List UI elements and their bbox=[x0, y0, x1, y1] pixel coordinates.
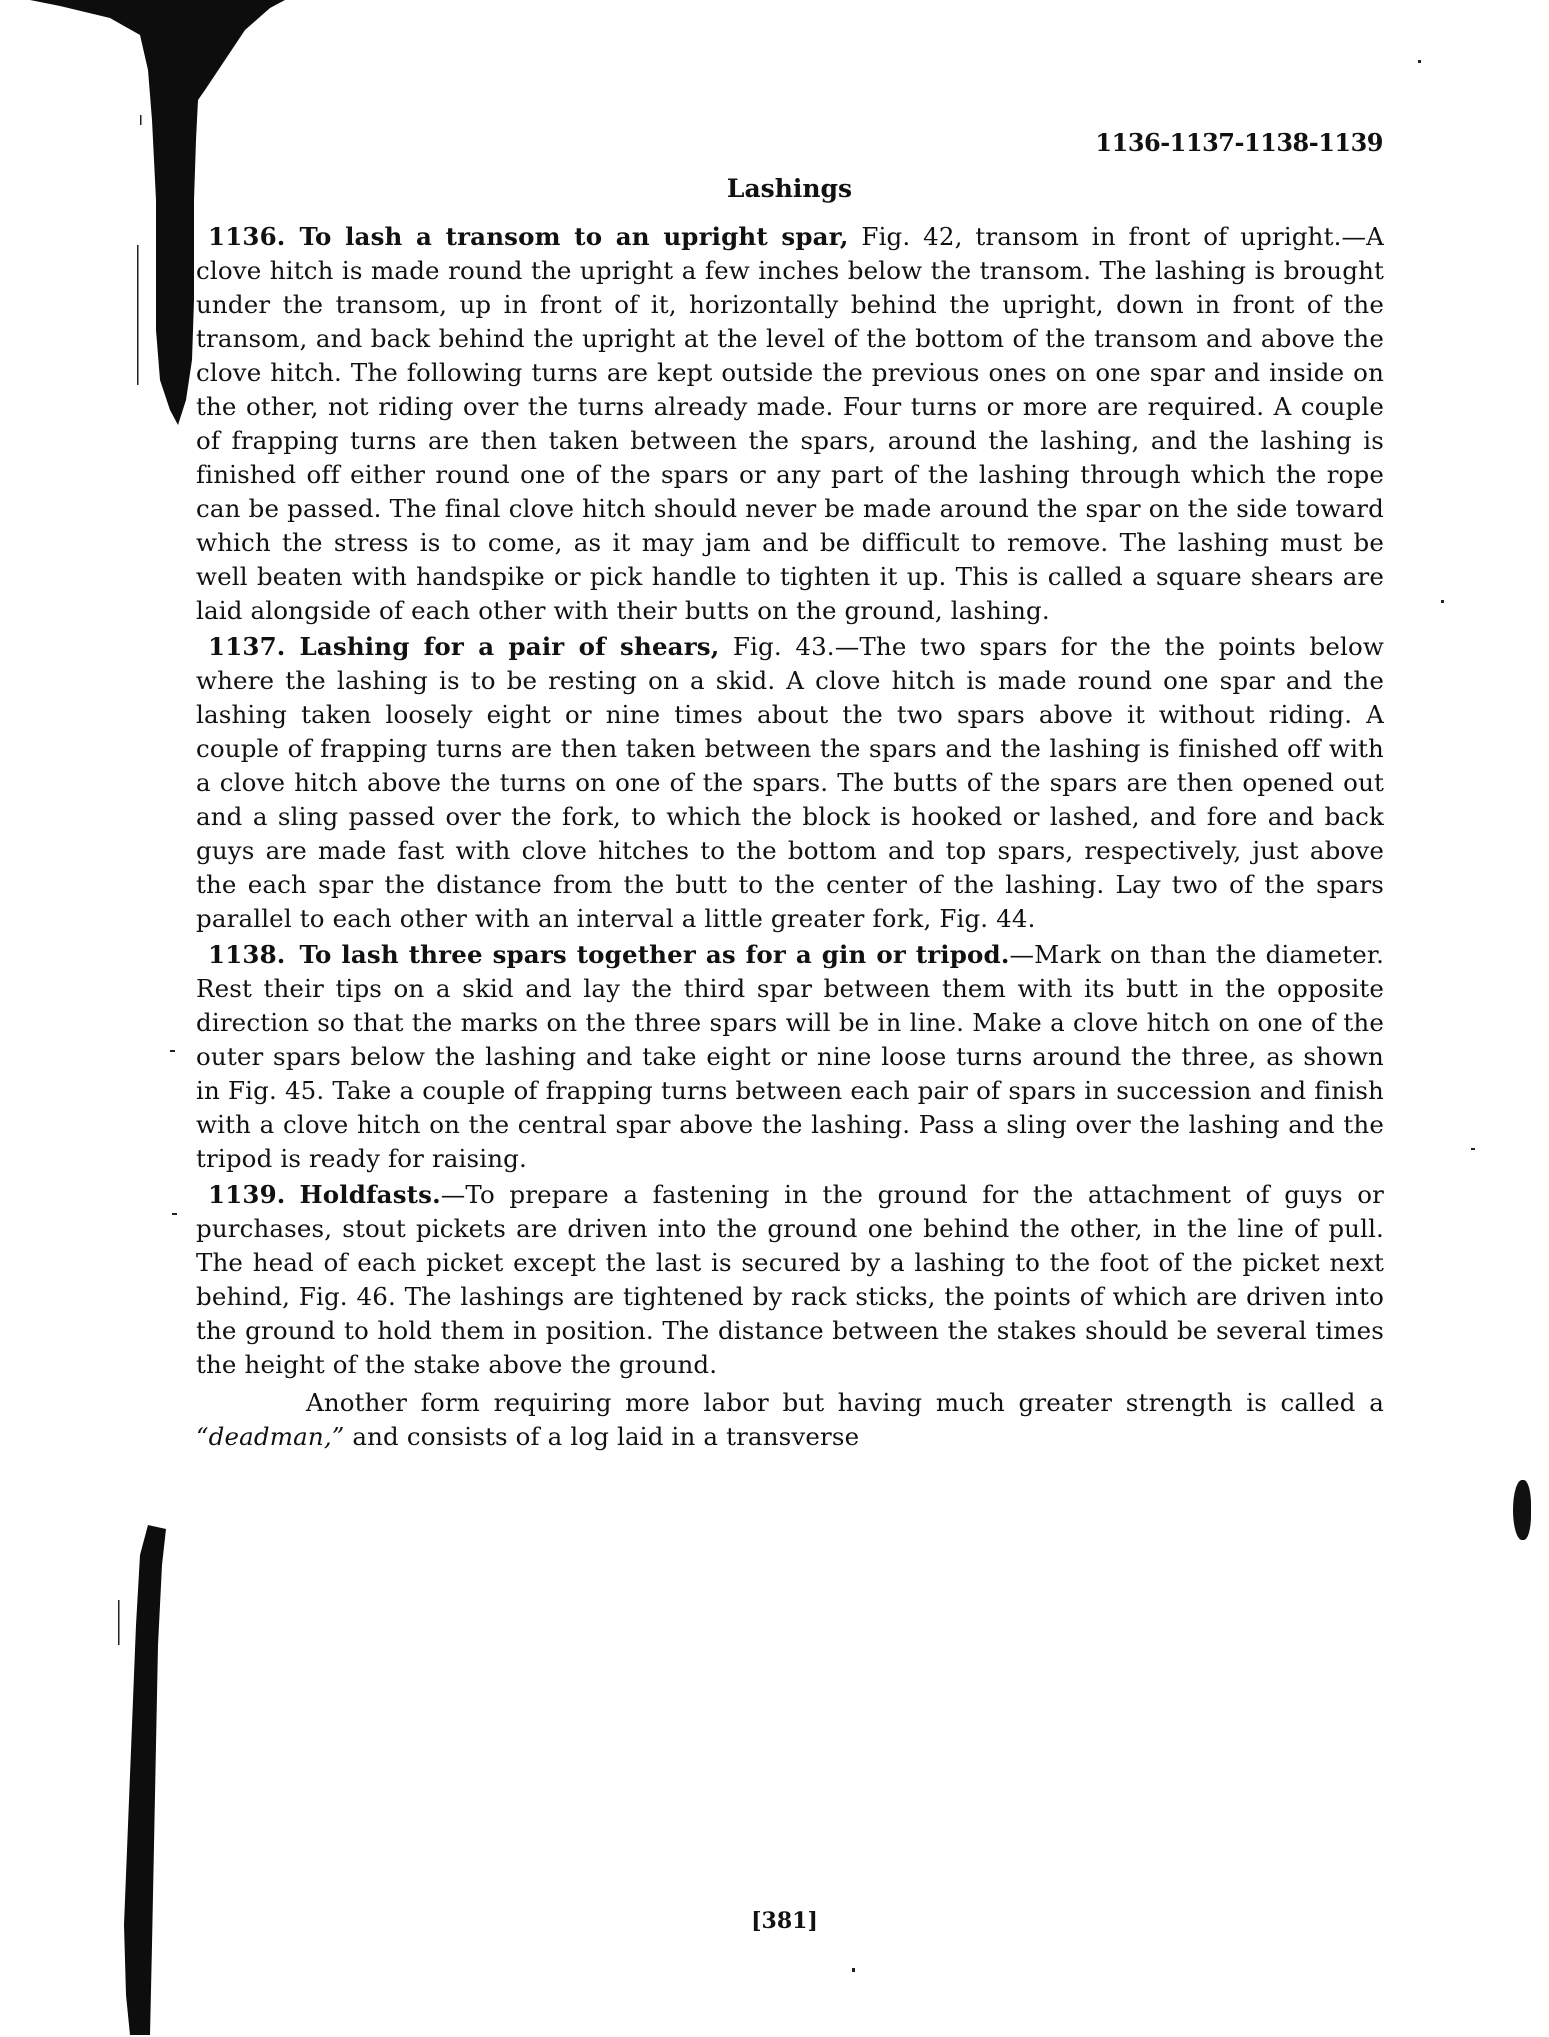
paragraph-text: Fig. 43.—The two spars for the the point… bbox=[196, 632, 1384, 933]
scan-speck bbox=[1471, 1148, 1475, 1150]
paragraph-number: 1137. bbox=[208, 632, 285, 661]
paragraph-heading: Holdfasts. bbox=[299, 1180, 440, 1209]
scan-speck bbox=[852, 1968, 855, 1972]
scan-speck bbox=[170, 1050, 175, 1052]
scan-spot bbox=[1513, 1480, 1531, 1540]
body-text: 1136.To lash a transom to an upright spa… bbox=[196, 218, 1384, 1454]
scan-speck bbox=[1418, 60, 1421, 63]
paragraph-1137: 1137.Lashing for a pair of shears, Fig. … bbox=[196, 630, 1384, 936]
section-title: Lashings bbox=[0, 174, 1549, 203]
paragraph-text: Another form requiring more labor but ha… bbox=[306, 1388, 1384, 1417]
paragraph-1138: 1138.To lash three spars together as for… bbox=[196, 938, 1384, 1176]
paragraph-heading: To lash three spars together as for a gi… bbox=[299, 940, 1009, 969]
scan-speck bbox=[1441, 600, 1444, 603]
running-head: 1136-1137-1138-1139 bbox=[1095, 128, 1383, 157]
paragraph-text: —Mark on than the diameter. Rest their t… bbox=[196, 940, 1384, 1173]
scan-speck bbox=[172, 1213, 177, 1215]
paragraph-number: 1139. bbox=[208, 1180, 285, 1209]
paragraph-number: 1138. bbox=[208, 940, 285, 969]
paragraph-1139: 1139.Holdfasts.—To prepare a fastening i… bbox=[196, 1178, 1384, 1382]
paragraph-heading: To lash a transom to an upright spar, bbox=[299, 222, 848, 251]
paragraph-text: and consists of a log laid in a transver… bbox=[344, 1422, 859, 1451]
paragraph-text: Fig. 42, transom in front of upright.—A … bbox=[196, 222, 1384, 625]
paragraph-text: —To prepare a fastening in the ground fo… bbox=[196, 1180, 1384, 1379]
paragraph-deadman: Another form requiring more labor but ha… bbox=[196, 1386, 1384, 1454]
page-number: [381] bbox=[0, 1908, 1549, 1934]
paragraph-1136: 1136.To lash a transom to an upright spa… bbox=[196, 220, 1384, 628]
paragraph-heading: Lashing for a pair of shears, bbox=[299, 632, 719, 661]
deadman-term: “deadman,” bbox=[196, 1422, 344, 1451]
paragraph-number: 1136. bbox=[208, 222, 285, 251]
binding-shadow-bottom bbox=[118, 1525, 173, 2037]
